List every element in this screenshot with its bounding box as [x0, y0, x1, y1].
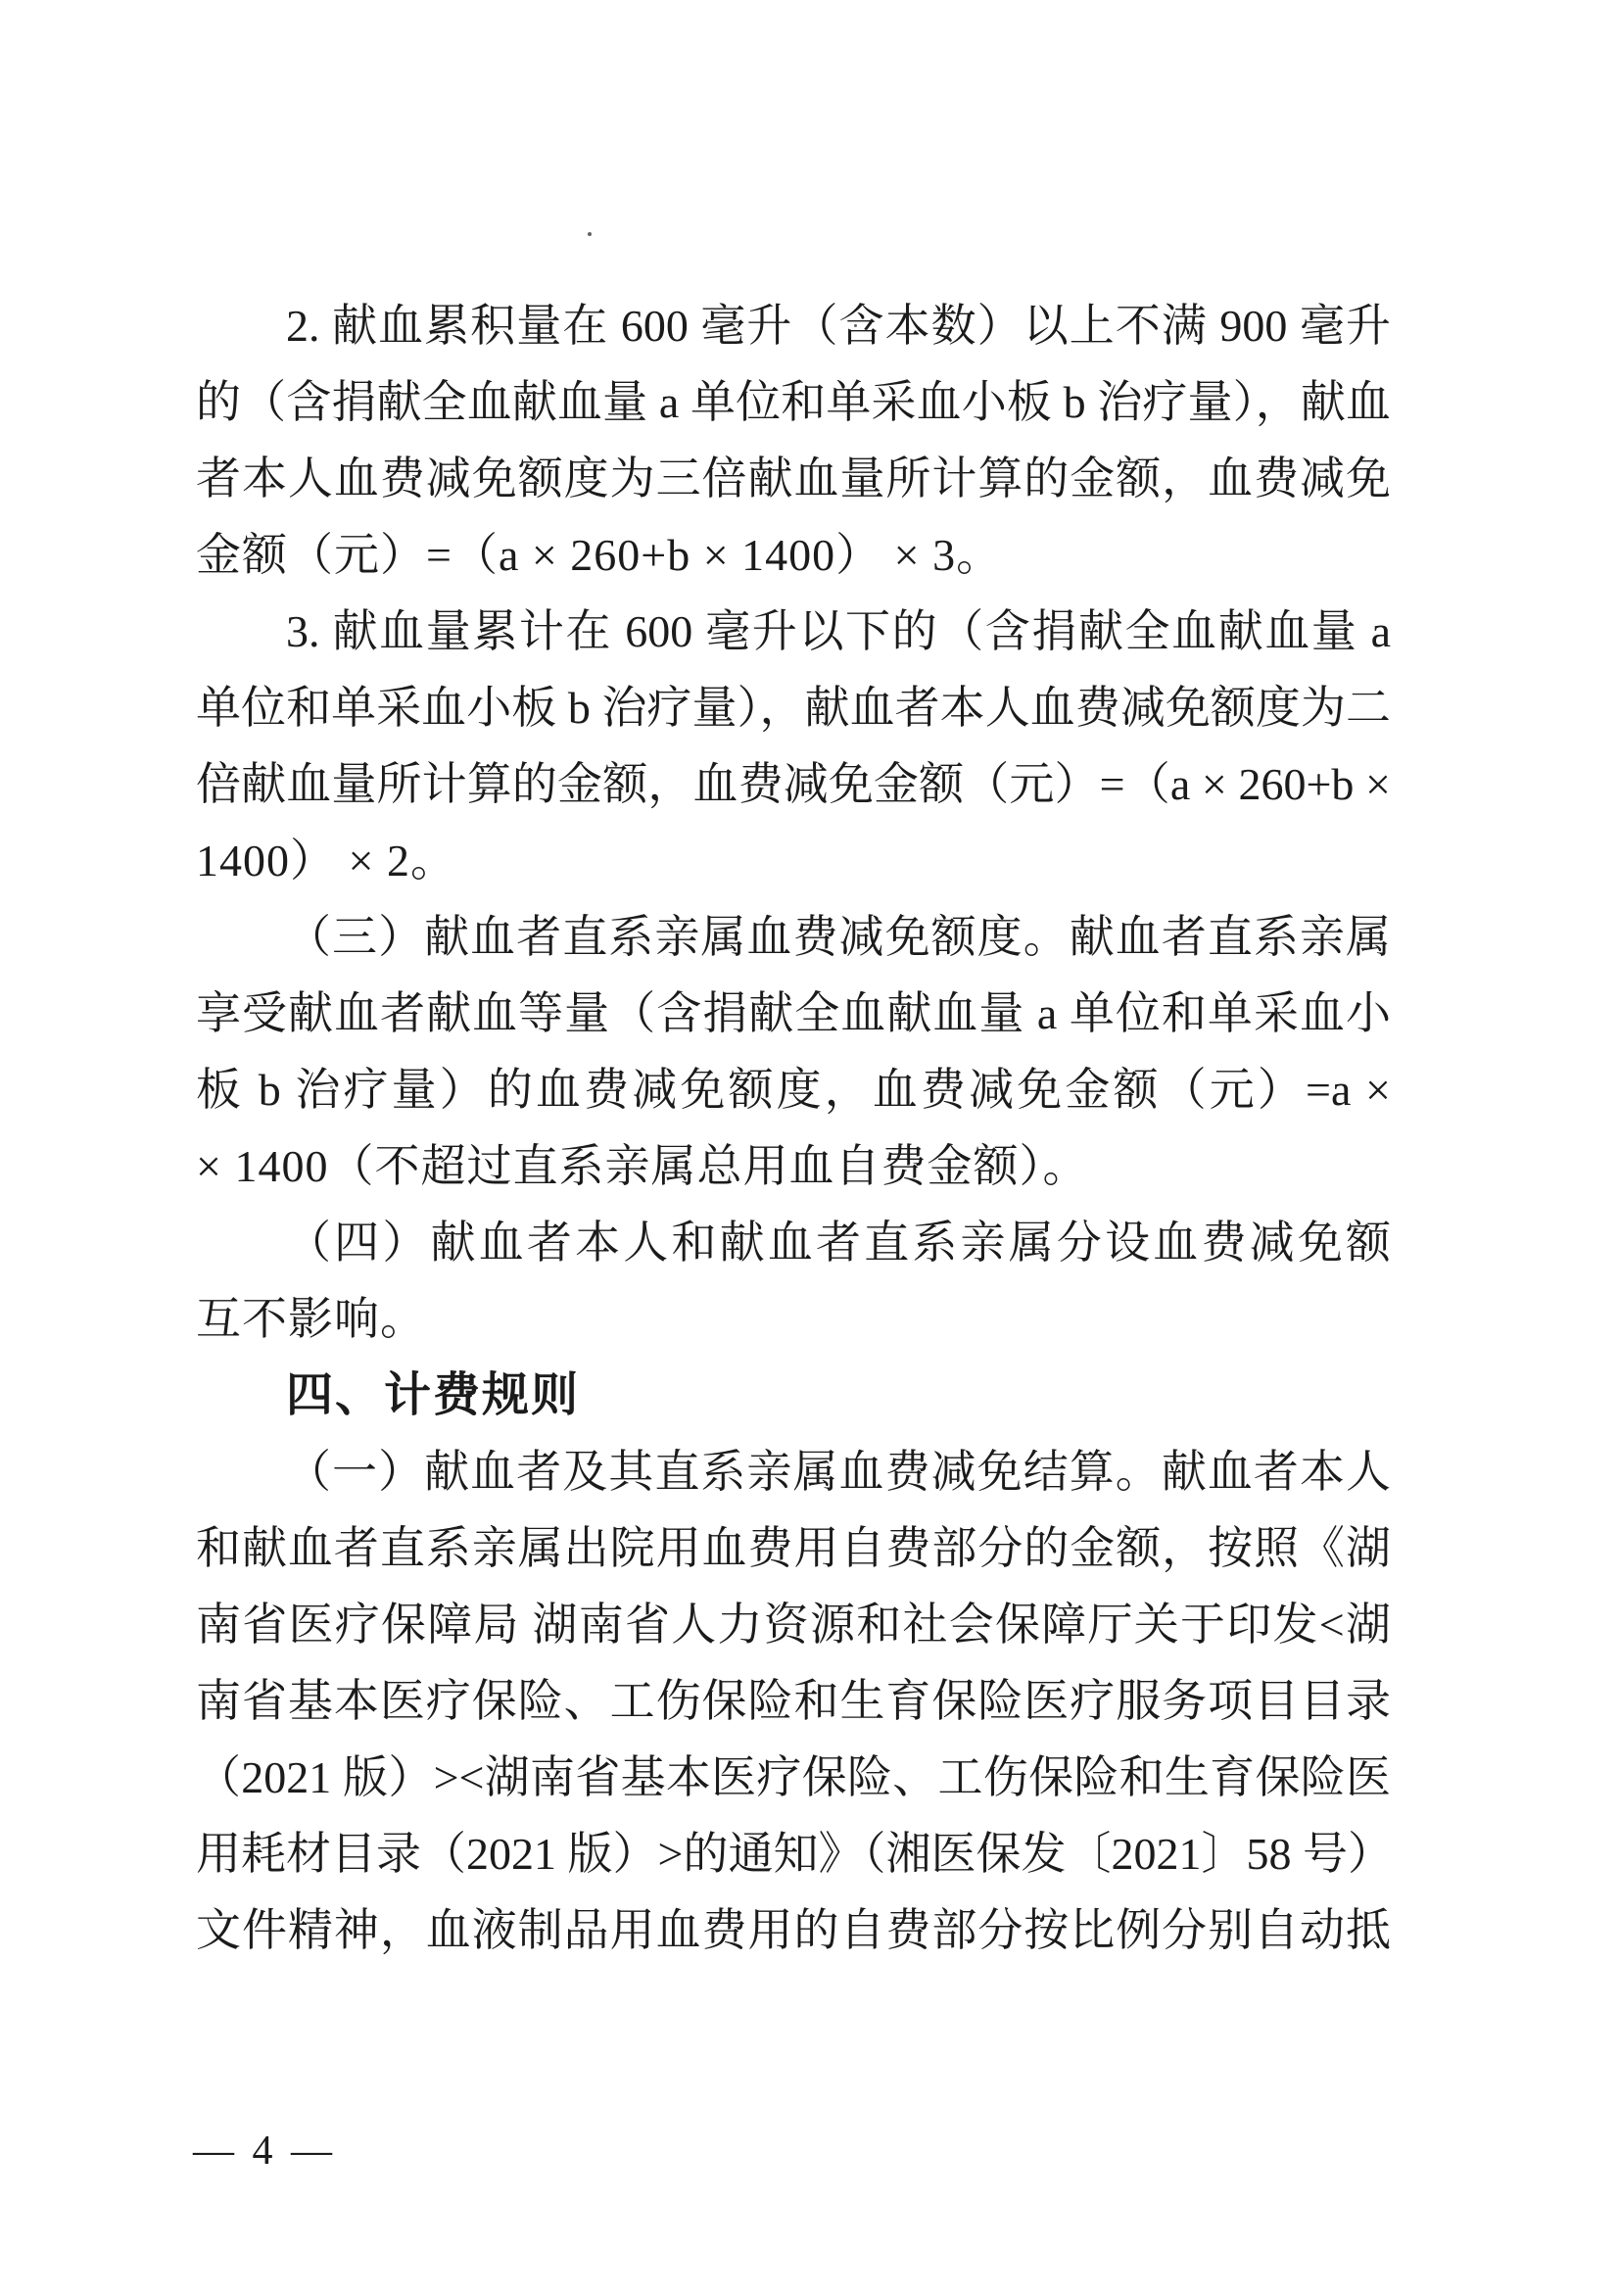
page-number: — 4 — — [193, 2128, 336, 2175]
document-body: 2. 献血累积量在 600 毫升（含本数）以上不满 900 毫升的（含捐献全血献… — [196, 288, 1391, 1969]
doc-line-12: × 1400（不超过直系亲属总用血自费金额）。 — [196, 1128, 1391, 1205]
section-heading: 四、计费规则 — [196, 1358, 1391, 1434]
doc-line-1: 2. 献血累积量在 600 毫升（含本数）以上不满 900 毫升 — [196, 288, 1391, 364]
doc-line-6: 单位和单采血小板 b 治疗量），献血者本人血费减免额度为二 — [196, 670, 1391, 746]
doc-line-3: 者本人血费减免额度为三倍献血量所计算的金额，血费减免 — [196, 441, 1391, 517]
doc-line-18: 南省医疗保障局 湖南省人力资源和社会保障厅关于印发<湖 — [196, 1587, 1391, 1663]
doc-line-20: （2021 版）><湖南省基本医疗保险、工伤保险和生育保险医 — [196, 1740, 1391, 1816]
doc-line-5: 3. 献血量累计在 600 毫升以下的（含捐献全血献血量 a — [196, 594, 1391, 670]
doc-line-8: 1400） × 2。 — [196, 823, 1391, 899]
doc-line-4: 金额（元）=（a × 260+b × 1400） × 3。 — [196, 517, 1391, 594]
doc-line-7: 倍献血量所计算的金额，血费减免金额（元）=（a × 260+b × — [196, 746, 1391, 823]
document-page: 2. 献血累积量在 600 毫升（含本数）以上不满 900 毫升的（含捐献全血献… — [0, 0, 1618, 2296]
doc-line-19: 南省基本医疗保险、工伤保险和生育保险医疗服务项目目录 — [196, 1663, 1391, 1740]
doc-line-16: （一）献血者及其直系亲属血费减免结算。献血者本人 — [196, 1434, 1391, 1510]
doc-line-2: 的（含捐献全血献血量 a 单位和单采血小板 b 治疗量），献血 — [196, 364, 1391, 441]
doc-line-10: 享受献血者献血等量（含捐献全血献血量 a 单位和单采血小 — [196, 976, 1391, 1052]
doc-line-21: 用耗材目录（2021 版）>的通知》（湘医保发〔2021〕58 号） — [196, 1816, 1391, 1892]
doc-line-17: 和献血者直系亲属出院用血费用自费部分的金额，按照《湖 — [196, 1510, 1391, 1587]
doc-line-11: 板 b 治疗量）的血费减免额度，血费减免金额（元）=a × 260+b — [196, 1052, 1391, 1128]
doc-line-13: （四）献血者本人和献血者直系亲属分设血费减免额度， — [196, 1205, 1391, 1281]
scan-speck — [854, 324, 857, 327]
doc-line-9: （三）献血者直系亲属血费减免额度。献血者直系亲属 — [196, 899, 1391, 976]
scan-speck — [330, 1085, 333, 1088]
doc-line-22: 文件精神，血液制品用血费用的自费部分按比例分别自动抵 — [196, 1892, 1391, 1969]
doc-line-14: 互不影响。 — [196, 1281, 1391, 1358]
scan-speck — [588, 232, 592, 236]
